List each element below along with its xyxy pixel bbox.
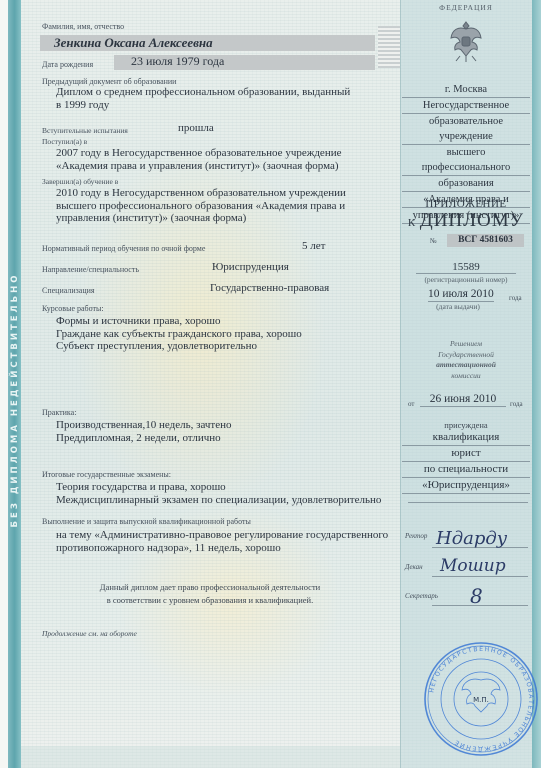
footer-band <box>21 746 400 768</box>
dean-line <box>432 576 528 577</box>
thesis-value: на тему «Административно-правовое регули… <box>56 529 388 554</box>
decision-date-suffix: года <box>510 400 523 408</box>
practice-label: Практика: <box>42 408 76 417</box>
commission-decision: Решением Государственной аттестационной … <box>402 339 530 381</box>
rights-statement: Данный диплом дает право профессионально… <box>0 581 420 607</box>
decision-date: 26 июня 2010 <box>420 393 506 407</box>
exams-list: Теория государства и права, хорошо Межди… <box>56 481 381 506</box>
thesis-label: Выполнение и защита выпускной квалификац… <box>42 517 251 526</box>
list-item: Теория государства и права, хорошо <box>56 481 381 494</box>
list-item: Субъект преступления, удовлетворительно <box>56 340 302 353</box>
barcode-marks <box>378 26 400 68</box>
coat-of-arms-icon <box>402 18 530 69</box>
page-margin <box>0 0 8 768</box>
decision-date-prefix: от <box>408 400 414 408</box>
secretary-signature: 8 <box>470 584 483 608</box>
issue-date-caption: (дата выдачи) <box>394 302 522 311</box>
dean-signature: Мошир <box>440 556 506 576</box>
birth-value: 23 июля 1979 года <box>131 55 224 68</box>
exams-label: Итоговые государственные экзамены: <box>42 470 171 479</box>
awarded-label: присуждена <box>402 420 530 430</box>
secretary-label: Секретарь <box>405 592 438 600</box>
list-item: Междисциплинарный экзамен по специализац… <box>56 494 381 507</box>
specialization-value: Государственно-правовая <box>210 282 329 295</box>
reg-number: 15589 <box>402 261 530 274</box>
fio-value: Зенкина Оксана Алексеевна <box>54 36 213 49</box>
issue-date: 10 июля 2010 <box>428 288 494 302</box>
supplement-title-2: К ДИПЛОМУ <box>402 210 530 232</box>
continued-note: Продолжение см. на обороте <box>42 629 137 638</box>
official-seal: НЕГОСУДАРСТВЕННОЕ ОБРАЗОВАТЕЛЬНОЕ УЧРЕЖД… <box>421 640 541 758</box>
dean-label: Декан <box>405 563 423 571</box>
prev-doc-value: Диплом о среднем профессиональном образо… <box>56 86 350 111</box>
list-item: Граждане как субъекты гражданского права… <box>56 328 302 341</box>
coursework-list: Формы и источники права, хорошо Граждане… <box>56 315 302 353</box>
country-label: ФЕДЕРАЦИЯ <box>402 3 530 12</box>
entrance-label: Вступительные испытания <box>42 126 128 135</box>
completed-value: 2010 году в Негосударственном образовате… <box>56 187 346 225</box>
seal-mp-label: М.П. <box>473 696 489 704</box>
prev-doc-label: Предыдущий документ об образовании <box>42 77 176 86</box>
divider <box>408 502 528 503</box>
enrolled-value: 2007 году в Негосударственное образовате… <box>56 147 341 172</box>
enrolled-label: Поступил(а) в <box>42 137 87 146</box>
birth-label: Дата рождения <box>42 60 93 69</box>
reg-number-caption: (регистрационный номер) <box>402 275 530 284</box>
issue-date-suffix: года <box>509 294 522 302</box>
list-item: Формы и источники права, хорошо <box>56 315 302 328</box>
list-item: Производственная,10 недель, зачтено <box>56 419 232 432</box>
rector-label: Ректор <box>405 532 427 540</box>
period-value: 5 лет <box>302 240 325 253</box>
supplement-title: ПРИЛОЖЕНИЕ <box>402 198 530 210</box>
practice-list: Производственная,10 недель, зачтено Пред… <box>56 419 232 444</box>
direction-label: Направление/специальность <box>42 265 139 274</box>
qualification-block: квалификация юрист по специальности «Юри… <box>402 430 530 494</box>
rector-signature: Ндарду <box>436 528 507 549</box>
entrance-value: прошла <box>178 122 214 135</box>
coursework-label: Курсовые работы: <box>42 304 104 313</box>
diploma-number: ВСГ 4581603 <box>447 234 524 247</box>
number-sign: № <box>430 237 437 245</box>
security-strip-text: БЕЗ ДИПЛОМА НЕДЕЙСТВИТЕЛЬНО <box>10 273 20 528</box>
specialty-value: «Юриспруденция» <box>402 478 530 494</box>
completed-label: Завершил(а) обучение в <box>42 177 118 186</box>
qualification-value: юрист <box>402 446 530 462</box>
fio-label: Фамилия, имя, отчество <box>42 22 124 31</box>
security-strip: БЕЗ ДИПЛОМА НЕДЕЙСТВИТЕЛЬНО <box>8 0 21 768</box>
direction-value: Юриспруденция <box>212 261 289 274</box>
list-item: Преддипломная, 2 недели, отлично <box>56 432 232 445</box>
period-label: Нормативный период обучения по очной фор… <box>42 244 205 253</box>
specialization-label: Специализация <box>42 286 95 295</box>
